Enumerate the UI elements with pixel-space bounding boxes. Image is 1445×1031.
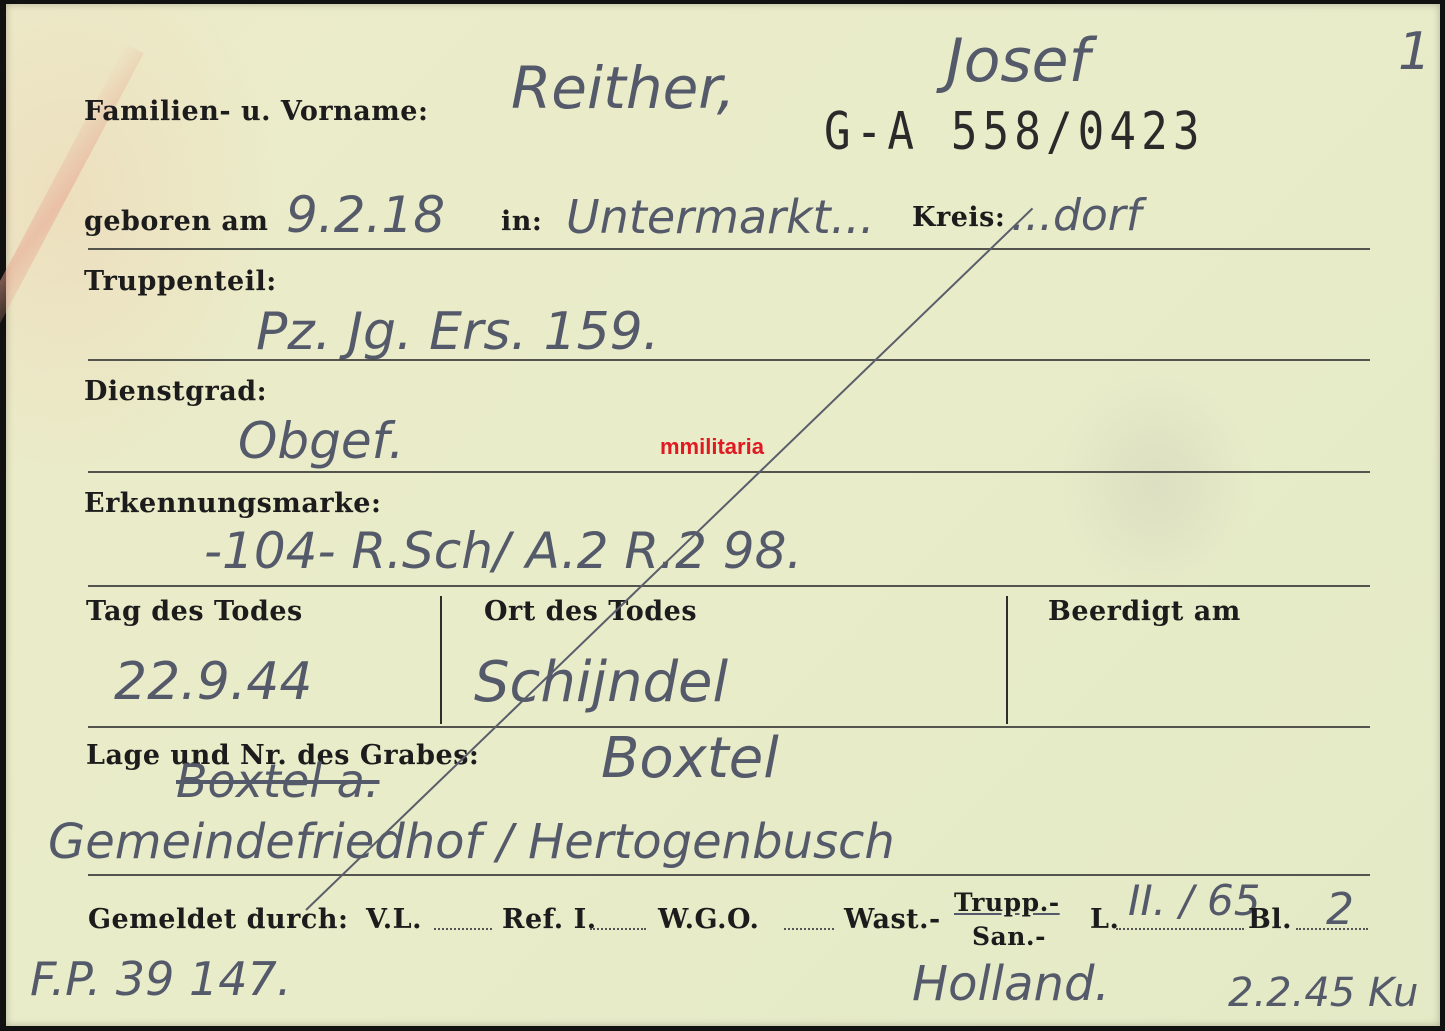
- name-label: Familien- u. Vorname:: [84, 96, 428, 127]
- given-name-value: Josef: [946, 26, 1090, 96]
- birthplace-in-label: in:: [501, 206, 542, 237]
- reference-stamp: G-A 558/0423: [824, 102, 1205, 162]
- rule-id-tag: [88, 585, 1370, 587]
- kreis-value: ...dorf: [1011, 190, 1141, 241]
- kreis-label: Kreis:: [912, 202, 1005, 233]
- grave-value-line2: Gemeindefriedhof / Hertogenbusch: [48, 814, 895, 870]
- dotted-fill: [434, 928, 492, 930]
- reported-option-wast: Wast.-: [844, 904, 941, 935]
- birth-date-value: 9.2.18: [286, 186, 445, 244]
- death-record-card: 1 Familien- u. Vorname: Reither, Josef G…: [6, 4, 1440, 1026]
- grave-value-struck: Boxtel a.: [176, 754, 379, 808]
- unit-label: Truppenteil:: [84, 266, 277, 297]
- rank-label: Dienstgrad:: [84, 376, 267, 407]
- id-tag-value: -104- R.Sch/ A.2 R.2 98.: [204, 522, 802, 580]
- rank-value: Obgef.: [238, 412, 404, 470]
- death-date-label: Tag des Todes: [86, 596, 303, 627]
- dotted-fill: [784, 928, 834, 930]
- column-divider-1: [440, 596, 442, 724]
- rule-unit: [88, 359, 1370, 361]
- dotted-fill: [590, 928, 646, 930]
- reported-option-vl: V.L.: [366, 904, 422, 935]
- unit-value: Pz. Jg. Ers. 159.: [256, 302, 659, 362]
- field-post-number: F.P. 39 147.: [30, 952, 291, 1006]
- reported-option-ref: Ref. I.: [502, 904, 597, 935]
- grave-value-line1: Boxtel: [601, 726, 779, 791]
- country-value: Holland.: [912, 956, 1110, 1012]
- buried-label: Beerdigt am: [1048, 596, 1241, 627]
- born-label: geboren am: [84, 206, 268, 237]
- surname-value: Reither,: [511, 54, 735, 122]
- corner-mark: 1: [1398, 22, 1431, 82]
- reported-option-wgo: W.G.O.: [658, 904, 759, 935]
- rule-rank: [88, 471, 1370, 473]
- watermark: mmilitaria: [660, 434, 764, 460]
- death-place-label: Ort des Todes: [484, 596, 697, 627]
- bl-label: Bl.: [1248, 904, 1292, 935]
- reported-stack-top: Trupp.-: [954, 888, 1060, 917]
- dotted-fill: [1116, 928, 1244, 930]
- birthplace-value: Untermarkt...: [566, 190, 875, 244]
- reported-label: Gemeldet durch:: [88, 904, 348, 935]
- column-divider-2: [1006, 596, 1008, 724]
- l-value: II. / 65: [1128, 876, 1260, 925]
- l-label: L.: [1090, 904, 1119, 935]
- rule-born: [88, 248, 1370, 250]
- id-tag-label: Erkennungsmarke:: [84, 488, 381, 519]
- reported-stack-bottom: San.-: [972, 922, 1046, 951]
- death-date-value: 22.9.44: [114, 652, 312, 712]
- dotted-fill: [1296, 928, 1368, 930]
- death-place-value: Schijndel: [474, 650, 728, 715]
- date-initials: 2.2.45 Ku: [1228, 970, 1418, 1016]
